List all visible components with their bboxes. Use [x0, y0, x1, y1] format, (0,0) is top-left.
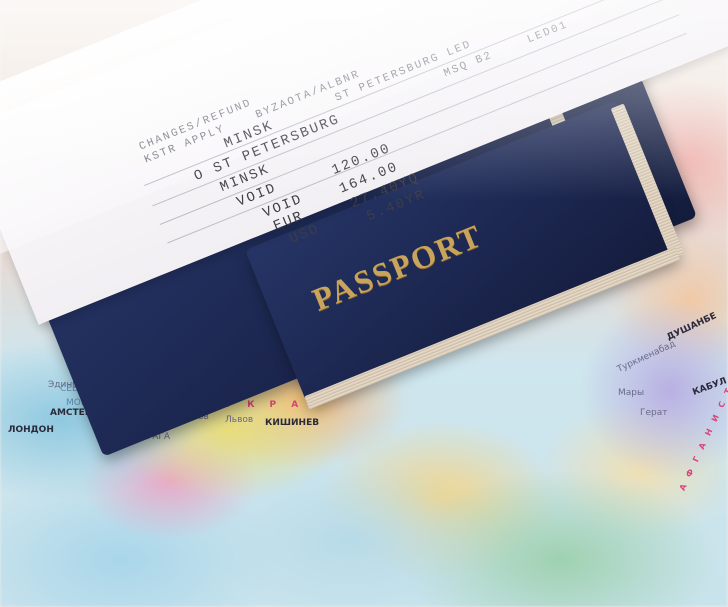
map-label: Герат — [640, 408, 668, 418]
passport-cover-text: PASSPORT — [307, 217, 487, 319]
map-label: Львов — [225, 415, 253, 425]
map-label: Мары — [618, 388, 644, 398]
map-label: КИШИНЕВ — [265, 418, 319, 428]
photo-scene: Ставангер Ольборг Гётеборг Эдинбург СЕВЕ… — [0, 0, 728, 607]
map-label: ЛОНДОН — [8, 425, 54, 435]
